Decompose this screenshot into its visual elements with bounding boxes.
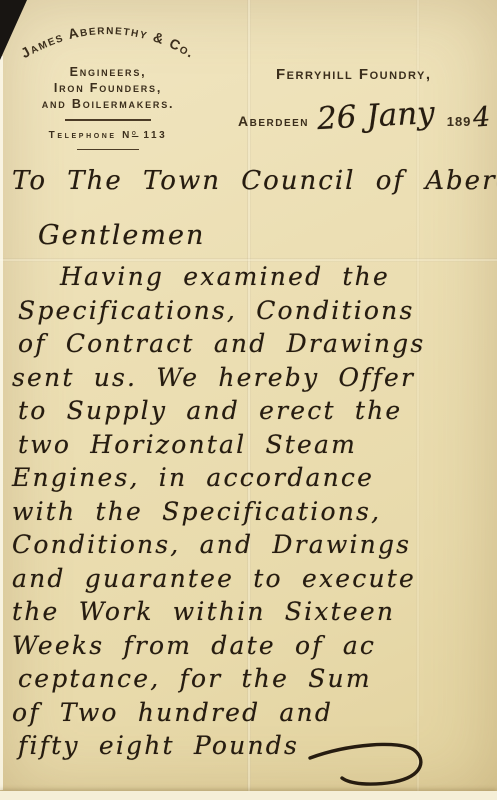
descriptor-line: Iron Founders, <box>12 80 204 96</box>
letter-body: Having examined the Specifications, Cond… <box>12 260 494 763</box>
date-line: Aberdeen 26 Jany 189 4 <box>238 98 494 134</box>
foundry-name: Ferryhill Foundry, <box>276 66 432 83</box>
telephone-line: Telephone No113 <box>12 130 204 141</box>
scanned-letter: James Abernethy & Co. Engineers, Iron Fo… <box>0 0 497 800</box>
paper-edge-left <box>0 56 3 790</box>
body-line: the Work within Sixteen <box>12 595 494 629</box>
body-line: and guarantee to execute <box>12 562 494 596</box>
body-line: of Two hundred and <box>12 696 494 730</box>
printed-year-prefix: 189 <box>447 114 472 129</box>
letterhead-left-block: James Abernethy & Co. Engineers, Iron Fo… <box>12 10 204 150</box>
body-line: Engines, in accordance <box>12 461 494 495</box>
descriptor-line: and Boilermakers. <box>12 96 204 112</box>
telephone-ordinal: o <box>132 130 139 137</box>
handwritten-year-digit: 4 <box>472 101 491 133</box>
body-line: sent us. We hereby Offer <box>12 361 494 395</box>
body-line: of Contract and Drawings <box>18 327 494 361</box>
pen-flourish <box>308 740 438 792</box>
svg-text:James Abernethy & Co.: James Abernethy & Co. <box>18 21 198 61</box>
handwritten-date: 26 Jany <box>316 95 435 137</box>
letterhead-rule <box>77 149 139 151</box>
descriptor-line: Engineers, <box>12 64 204 80</box>
place-name: Aberdeen <box>238 113 309 129</box>
telephone-label: Telephone N <box>49 130 132 141</box>
body-line: Specifications, Conditions <box>18 294 494 328</box>
paper-edge-bottom <box>0 791 497 800</box>
body-line: Conditions, and Drawings <box>12 528 494 562</box>
body-line: ceptance, for the Sum <box>18 662 494 696</box>
body-line: with the Specifications, <box>12 495 494 529</box>
letterhead-rule <box>65 119 151 121</box>
body-line: to Supply and erect the <box>18 394 494 428</box>
body-line: Weeks from date of ac <box>12 629 494 663</box>
body-line: two Horizontal Steam <box>18 428 494 462</box>
telephone-number: 113 <box>143 130 167 141</box>
company-name-arc: James Abernethy & Co. <box>12 10 204 64</box>
company-name: James Abernethy & Co. <box>18 21 198 61</box>
salutation: Gentlemen <box>38 220 205 251</box>
address-line: To The Town Council of Aberdeen <box>12 166 494 196</box>
body-line: Having examined the <box>12 260 494 294</box>
